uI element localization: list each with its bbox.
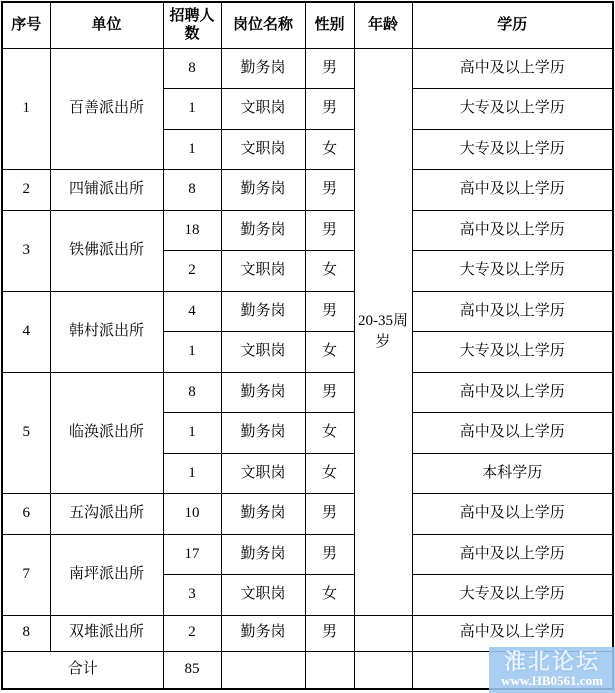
cell-no: 7 — [2, 534, 50, 615]
cell-no: 8 — [2, 615, 50, 651]
cell-count: 10 — [163, 494, 221, 535]
cell-post: 勤务岗 — [221, 534, 305, 575]
cell-unit: 临涣派出所 — [50, 372, 163, 494]
cell-gender: 男 — [305, 89, 354, 130]
cell-count: 1 — [163, 453, 221, 494]
cell-edu: 高中及以上学历 — [412, 534, 613, 575]
recruitment-table: 序号单位招聘人数岗位名称性别年龄学历 1百善派出所8勤务岗男20-35周岁高中及… — [1, 1, 614, 690]
cell-unit: 双堆派出所 — [50, 615, 163, 651]
cell-count: 18 — [163, 210, 221, 251]
cell-age-empty — [354, 615, 412, 651]
cell-gender: 男 — [305, 615, 354, 651]
cell-no: 1 — [2, 48, 50, 170]
cell-age-empty — [354, 651, 412, 689]
table-row: 6五沟派出所10勤务岗男高中及以上学历 — [2, 494, 613, 535]
cell-gender: 女 — [305, 413, 354, 454]
cell-gender: 女 — [305, 251, 354, 292]
table-row: 1百善派出所8勤务岗男20-35周岁高中及以上学历 — [2, 48, 613, 89]
cell-post: 勤务岗 — [221, 494, 305, 535]
cell-count: 8 — [163, 170, 221, 211]
cell-edu: 高中及以上学历 — [412, 615, 613, 651]
cell-edu: 高中及以上学历 — [412, 291, 613, 332]
cell-edu: 高中及以上学历 — [412, 372, 613, 413]
cell-no: 6 — [2, 494, 50, 535]
cell-count: 1 — [163, 89, 221, 130]
table-row: 2四铺派出所8勤务岗男高中及以上学历 — [2, 170, 613, 211]
cell-gender: 男 — [305, 494, 354, 535]
column-header-1: 单位 — [50, 2, 163, 48]
cell-count: 1 — [163, 129, 221, 170]
table-row: 7南坪派出所17勤务岗男高中及以上学历 — [2, 534, 613, 575]
cell-count: 3 — [163, 575, 221, 616]
cell-gender: 男 — [305, 534, 354, 575]
cell-gender: 男 — [305, 372, 354, 413]
cell-edu: 大专及以上学历 — [412, 89, 613, 130]
cell-post: 文职岗 — [221, 332, 305, 373]
cell-no: 3 — [2, 210, 50, 291]
cell-edu: 本科学历 — [412, 453, 613, 494]
cell-edu: 大专及以上学历 — [412, 575, 613, 616]
column-header-6: 学历 — [412, 2, 613, 48]
cell-count: 8 — [163, 372, 221, 413]
header-row: 序号单位招聘人数岗位名称性别年龄学历 — [2, 2, 613, 48]
table-row: 3铁佛派出所18勤务岗男高中及以上学历 — [2, 210, 613, 251]
cell-edu: 高中及以上学历 — [412, 48, 613, 89]
cell-edu: 高中及以上学历 — [412, 170, 613, 211]
cell-gender: 男 — [305, 210, 354, 251]
cell-gender: 男 — [305, 170, 354, 211]
cell-unit: 韩村派出所 — [50, 291, 163, 372]
column-header-5: 年龄 — [354, 2, 412, 48]
cell-post: 文职岗 — [221, 575, 305, 616]
cell-edu-empty — [412, 651, 613, 689]
cell-post: 勤务岗 — [221, 210, 305, 251]
cell-count: 1 — [163, 413, 221, 454]
cell-edu: 高中及以上学历 — [412, 494, 613, 535]
cell-post-empty — [221, 651, 305, 689]
cell-age: 20-35周岁 — [354, 48, 412, 615]
cell-post: 勤务岗 — [221, 615, 305, 651]
column-header-3: 岗位名称 — [221, 2, 305, 48]
cell-post: 文职岗 — [221, 129, 305, 170]
total-row: 合计85 — [2, 651, 613, 689]
cell-post: 勤务岗 — [221, 170, 305, 211]
table-row: 8双堆派出所2勤务岗男高中及以上学历 — [2, 615, 613, 651]
cell-count: 2 — [163, 615, 221, 651]
cell-edu: 高中及以上学历 — [412, 210, 613, 251]
cell-no: 4 — [2, 291, 50, 372]
cell-total-label: 合计 — [2, 651, 163, 689]
cell-gender: 男 — [305, 291, 354, 332]
cell-no: 5 — [2, 372, 50, 494]
cell-edu: 大专及以上学历 — [412, 129, 613, 170]
cell-no: 2 — [2, 170, 50, 211]
cell-unit: 南坪派出所 — [50, 534, 163, 615]
cell-gender: 男 — [305, 48, 354, 89]
table-row: 4韩村派出所4勤务岗男高中及以上学历 — [2, 291, 613, 332]
cell-gender: 女 — [305, 453, 354, 494]
cell-post: 勤务岗 — [221, 48, 305, 89]
cell-gender: 女 — [305, 129, 354, 170]
cell-unit: 四铺派出所 — [50, 170, 163, 211]
column-header-4: 性别 — [305, 2, 354, 48]
cell-gender-empty — [305, 651, 354, 689]
cell-post: 文职岗 — [221, 89, 305, 130]
page: 序号单位招聘人数岗位名称性别年龄学历 1百善派出所8勤务岗男20-35周岁高中及… — [0, 0, 615, 693]
cell-post: 文职岗 — [221, 453, 305, 494]
cell-total-count: 85 — [163, 651, 221, 689]
cell-gender: 女 — [305, 575, 354, 616]
cell-count: 8 — [163, 48, 221, 89]
column-header-0: 序号 — [2, 2, 50, 48]
cell-edu: 大专及以上学历 — [412, 332, 613, 373]
cell-edu: 高中及以上学历 — [412, 413, 613, 454]
cell-post: 文职岗 — [221, 251, 305, 292]
cell-post: 勤务岗 — [221, 372, 305, 413]
cell-edu: 大专及以上学历 — [412, 251, 613, 292]
table-row: 5临涣派出所8勤务岗男高中及以上学历 — [2, 372, 613, 413]
cell-unit: 百善派出所 — [50, 48, 163, 170]
cell-count: 17 — [163, 534, 221, 575]
cell-post: 勤务岗 — [221, 291, 305, 332]
cell-unit: 五沟派出所 — [50, 494, 163, 535]
column-header-2: 招聘人数 — [163, 2, 221, 48]
cell-gender: 女 — [305, 332, 354, 373]
cell-count: 2 — [163, 251, 221, 292]
cell-count: 1 — [163, 332, 221, 373]
cell-post: 勤务岗 — [221, 413, 305, 454]
cell-count: 4 — [163, 291, 221, 332]
cell-unit: 铁佛派出所 — [50, 210, 163, 291]
